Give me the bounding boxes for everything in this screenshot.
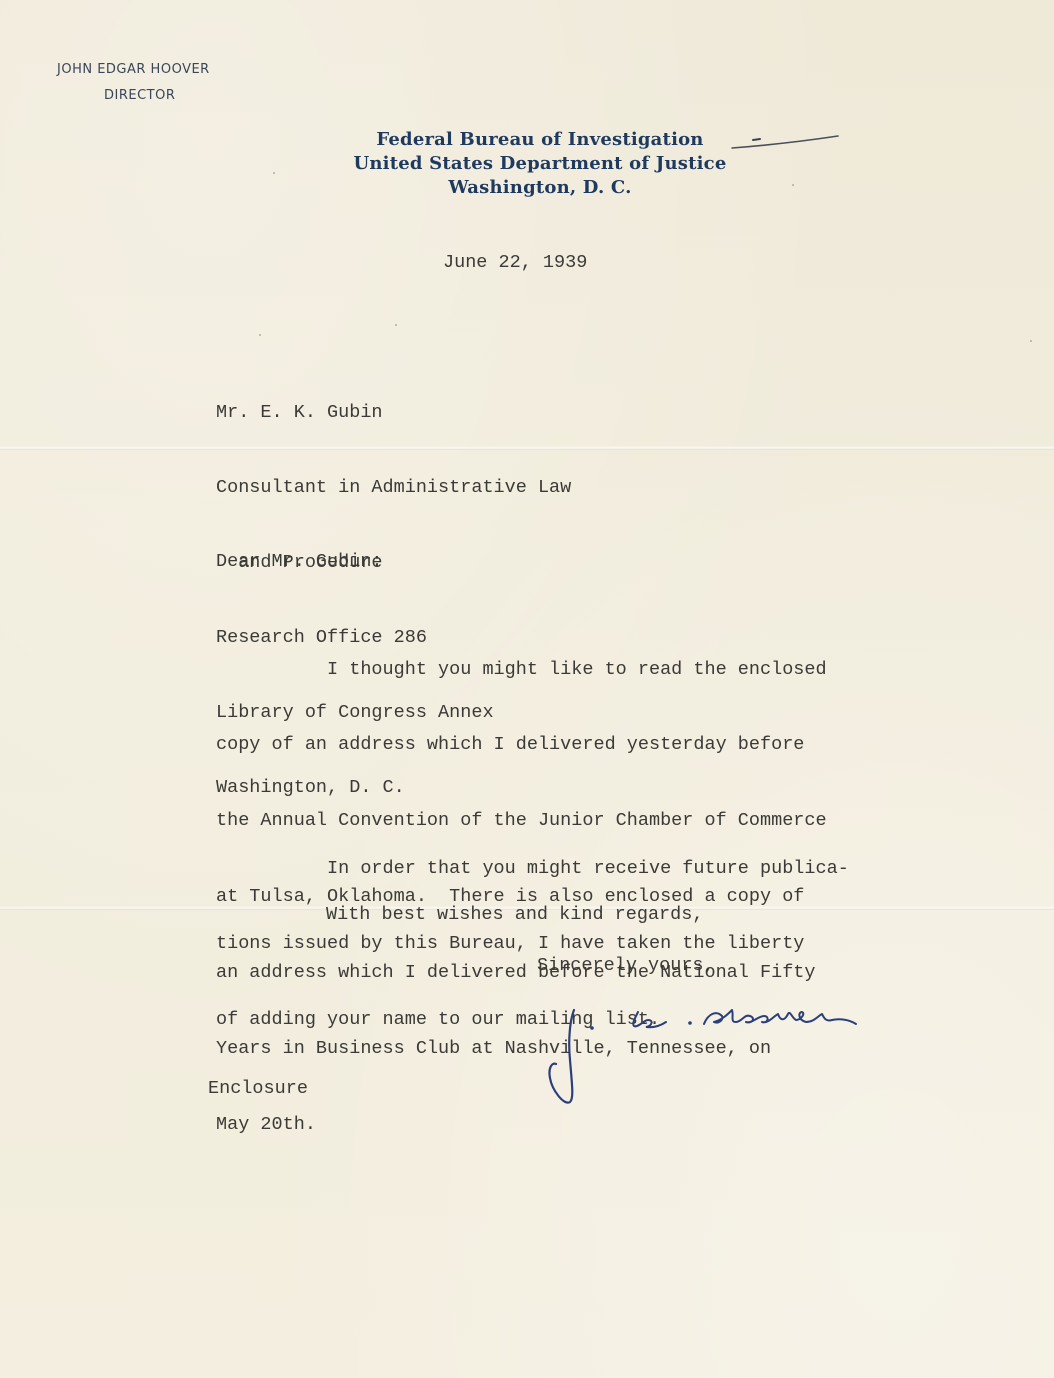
recipient-line: Mr. E. K. Gubin — [216, 400, 571, 425]
sender-title: DIRECTOR — [57, 83, 210, 109]
salutation: Dear Mr. Gubin: — [216, 551, 383, 572]
body-line: copy of an address which I delivered yes… — [216, 732, 827, 757]
letter-page: JOHN EDGAR HOOVER DIRECTOR Federal Burea… — [0, 0, 1054, 1378]
closing-line: With best wishes and kind regards, — [326, 904, 703, 925]
letterhead-agency: Federal Bureau of Investigation — [300, 128, 780, 152]
sender-block: JOHN EDGAR HOOVER DIRECTOR — [57, 57, 210, 109]
letterhead-department: United States Department of Justice — [300, 152, 780, 176]
body-line: I thought you might like to read the enc… — [216, 657, 827, 682]
enclosure-notation: Enclosure — [208, 1078, 308, 1099]
letterhead-city: Washington, D. C. — [300, 176, 780, 200]
letterhead: Federal Bureau of Investigation United S… — [300, 128, 780, 200]
letter-date: June 22, 1939 — [443, 252, 587, 273]
pen-stroke-mark — [728, 130, 840, 154]
sender-name: JOHN EDGAR HOOVER — [57, 57, 210, 83]
handwritten-signature — [530, 990, 910, 1110]
complimentary-close: Sincerely yours, — [537, 955, 715, 976]
body-line: tions issued by this Bureau, I have take… — [216, 931, 849, 956]
body-line: In order that you might receive future p… — [216, 856, 849, 881]
body-line: May 20th. — [216, 1112, 827, 1137]
recipient-line: Consultant in Administrative Law — [216, 475, 571, 500]
